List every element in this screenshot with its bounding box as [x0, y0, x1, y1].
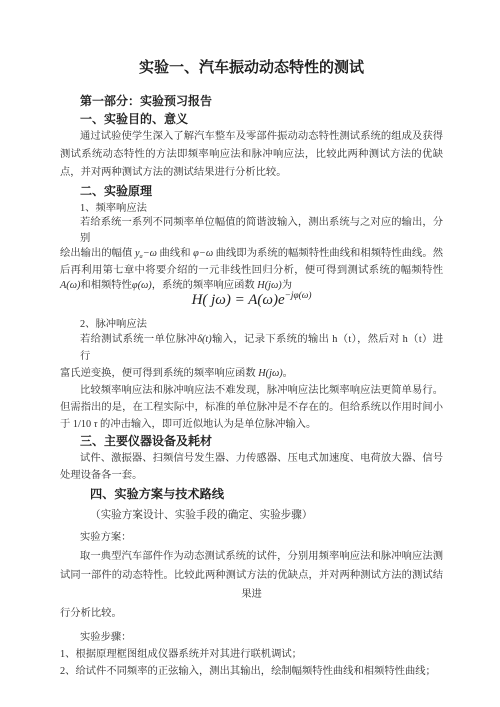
- text-segment: 行: [80, 351, 90, 362]
- text-segment: 但需指出的是，在工程实际中，标准的单位脉冲是不存在的。但给系统以作用时间小: [60, 402, 443, 413]
- paragraph-line: 富氏逆变换，便可得到系统的频率响应函数 H(jω)。: [60, 365, 443, 382]
- text-segment: 富氏逆变换，便可得到系统的频率响应函数: [60, 368, 258, 379]
- math-text: −ω: [143, 248, 157, 259]
- paragraph-line: 别: [60, 231, 443, 247]
- math-text: −jφ(ω): [285, 291, 312, 301]
- math-text: H(jω): [258, 368, 282, 379]
- text-segment: 三、主要仪器设备及耗材: [80, 434, 212, 448]
- text-segment: 2、脉冲响应法: [80, 319, 147, 330]
- text-segment: 后再利用第七章中将要介绍的一元非线性回归分析，便可得到测试系统的幅频特性: [60, 265, 443, 276]
- text-segment: 。: [283, 368, 293, 379]
- math-text: y: [135, 248, 140, 259]
- doc-title: 实验一、汽车振动动态特性的测试: [60, 57, 443, 79]
- paragraph-line: 绘出输出的幅值 ya−ω 曲线和 φ−ω 曲线即为系统的幅频特性曲线和相频特性曲…: [60, 246, 443, 263]
- text-segment: 行分析比较。: [60, 608, 122, 619]
- math-text: φ−ω: [193, 248, 213, 259]
- paragraph-line: 若给系统一系列不同频率单位幅值的简谐波输入，测出系统与之对应的输出，分: [60, 215, 443, 231]
- text-segment: 实验一、汽车振动动态特性的测试: [139, 59, 364, 76]
- text-segment: 实验步骤：: [80, 632, 131, 643]
- section-heading-plan: 四、实验方案与技术路线（实验方案设计、实验手段的确定、实验步骤）: [60, 484, 443, 526]
- text-segment: 和相频特性: [80, 280, 131, 291]
- label-plan: 实验方案：: [60, 528, 443, 547]
- text-segment: 试件、激振器、扫频信号发生器、力传感器、压电式加速度、电荷放大器、信号: [80, 453, 443, 464]
- text-segment: 输入，记录下系统的输出 h（t），然后对 h（t）进: [212, 334, 443, 345]
- text-segment: 通过试验使学生深入了解汽车整车及零部件振动动态特性测试系统的组成及获得: [80, 131, 443, 142]
- text-segment: 1、根据原理框图组成仪器系统并对其进行联机调试；: [60, 649, 302, 660]
- section-heading-purpose: 一、实验目的、意义: [60, 110, 443, 128]
- paragraph-line: 于 1/10 τ 的冲击输入，即可近似地认为是单位脉冲输入。: [60, 416, 443, 433]
- text-segment: 实验方案：: [80, 532, 131, 543]
- paragraph-line: 行: [60, 348, 443, 365]
- text-segment: 绘出输出的幅值: [60, 248, 135, 259]
- text-segment: 2、给试件不同频率的正弦输入，测出其输出，绘制幅频特性曲线和相频特性曲线；: [60, 666, 436, 677]
- paragraph-line: 试件、激振器、扫频信号发生器、力传感器、压电式加速度、电荷放大器、信号: [60, 450, 443, 467]
- paragraph-line: 比较频率响应法和脉冲响应法不难发现，脉冲响应法比频率响应法更简单易行。: [60, 382, 443, 399]
- paragraph-line: 行分析比较。: [60, 604, 443, 623]
- math-text: δ(t): [197, 334, 212, 345]
- text-segment: 第一部分：实验预习报告: [80, 94, 212, 108]
- step-line-1: 1、根据原理框图组成仪器系统并对其进行联机调试；: [60, 646, 443, 663]
- text-segment: 处理设备各一套。: [60, 470, 142, 481]
- text-segment: 曲线和: [157, 248, 193, 259]
- paragraph-line: 后再利用第七章中将要介绍的一元非线性回归分析，便可得到测试系统的幅频特性: [60, 263, 443, 279]
- text-segment: 二、实验原理: [80, 184, 152, 198]
- label-steps: 实验步骤：: [60, 629, 443, 646]
- paragraph-line: 果进: [60, 585, 443, 604]
- text-segment: 测试系统动态特性的方法即频率响应法和脉冲响应法，比较此两种测试方法的优缺: [60, 149, 443, 160]
- text-segment: 1、频率响应法: [80, 203, 147, 214]
- paragraph-line: 但需指出的是，在工程实际中，标准的单位脉冲是不存在的。但给系统以作用时间小: [60, 399, 443, 416]
- step-line-2: 2、给试件不同频率的正弦输入，测出其输出，绘制幅频特性曲线和相频特性曲线；: [60, 663, 443, 680]
- text-segment: 曲线即为系统的幅频特性曲线和相频特性曲线。然: [213, 248, 443, 259]
- text-segment: 于 1/10: [60, 419, 94, 430]
- paragraph-line: 点，并对两种测试方法的测试结果进行分析比较。: [60, 164, 443, 182]
- part-heading: 第一部分：实验预习报告: [60, 92, 443, 110]
- text-segment: 一、实验目的、意义: [80, 112, 188, 126]
- document-page: 实验一、汽车振动动态特性的测试第一部分：实验预习报告一、实验目的、意义通过试验使…: [0, 0, 500, 707]
- text-segment: 比较频率响应法和脉冲响应法不难发现，脉冲响应法比频率响应法更简单易行。: [80, 385, 443, 396]
- text-segment: 果进: [241, 589, 262, 600]
- text-segment: 别: [80, 233, 90, 244]
- paragraph-line: 通过试验使学生深入了解汽车整车及零部件振动动态特性测试系统的组成及获得: [60, 128, 443, 146]
- section-heading-equipment: 三、主要仪器设备及耗材: [60, 433, 443, 450]
- paragraph-line: 试同一部件的动态特性。比较此两种测试方法的优缺点，并对两种测试方法的测试结: [60, 566, 443, 585]
- text-segment: 若给系统一系列不同频率单位幅值的简谐波输入，测出系统与之对应的输出，分: [80, 217, 443, 228]
- math-text: a: [140, 253, 143, 260]
- paragraph-line: 处理设备各一套。: [60, 467, 443, 484]
- text-segment: 的冲击输入，即可近似地认为是单位脉冲输入。: [97, 419, 316, 430]
- math-text: H( jω) = A(ω)e: [192, 292, 285, 308]
- paragraph-line: 取一典型汽车部件作为动态测试系统的试件，分别用频率响应法和脉冲响应法测: [60, 547, 443, 566]
- math-text: φ(ω): [132, 280, 152, 291]
- text-segment: 四、实验方案与技术路线: [90, 487, 224, 501]
- paragraph-line: 若给测试系统一单位脉冲δ(t)输入，记录下系统的输出 h（t），然后对 h（t）…: [60, 331, 443, 348]
- text-segment: 试同一部件的动态特性。比较此两种测试方法的优缺点，并对两种测试方法的测试结: [60, 570, 443, 581]
- text-segment: 点，并对两种测试方法的测试结果进行分析比较。: [60, 167, 287, 178]
- text-segment: 取一典型汽车部件作为动态测试系统的试件，分别用频率响应法和脉冲响应法测: [80, 551, 443, 562]
- document-content: 实验一、汽车振动动态特性的测试第一部分：实验预习报告一、实验目的、意义通过试验使…: [60, 57, 443, 680]
- paragraph-line: 测试系统动态特性的方法即频率响应法和脉冲响应法，比较此两种测试方法的优缺: [60, 146, 443, 164]
- text-segment: 若给测试系统一单位脉冲: [80, 334, 197, 345]
- math-text: A(ω): [60, 280, 80, 291]
- text-segment: （实验方案设计、实验手段的确定、实验步骤）: [90, 510, 312, 521]
- section-heading-principle: 二、实验原理: [60, 182, 443, 200]
